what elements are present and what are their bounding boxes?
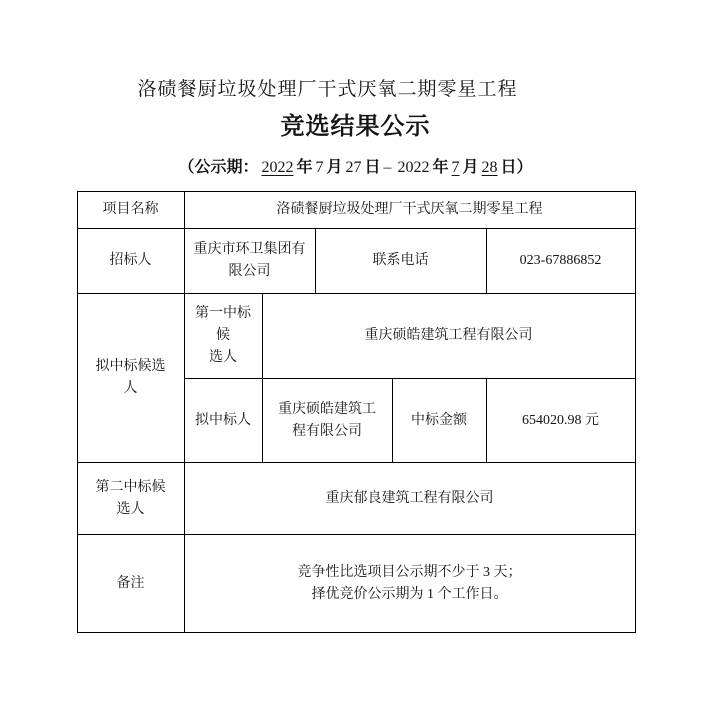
- notice-title: 竞选结果公示: [77, 112, 635, 143]
- cell-contact-label: 联系电话: [315, 229, 486, 294]
- period-segment: 年: [296, 159, 312, 176]
- period-segment: （公示期：: [178, 159, 258, 176]
- cell-project-name-label: 项目名称: [77, 192, 184, 229]
- period-segment: 日: [364, 159, 380, 176]
- period-segment: –: [384, 159, 392, 176]
- cell-proposed-winner: 重庆硕皓建筑工 程有限公司: [262, 379, 392, 463]
- period-segment: 2022: [261, 159, 293, 176]
- publicity-period: （公示期：2022年7月27日–2022年7月28日）: [77, 157, 635, 179]
- cell-tenderee: 重庆市环卫集团有 限公司: [184, 229, 315, 294]
- cell-second-candidate-label: 第二中标候 选人: [77, 463, 184, 535]
- cell-first-candidate: 重庆硕皓建筑工程有限公司: [262, 294, 635, 379]
- cell-award-amount: 654020.98 元: [486, 379, 635, 463]
- cell-first-candidate-label: 第一中标候 选人: [184, 294, 262, 379]
- table-row: 项目名称 洛碛餐厨垃圾处理厂干式厌氧二期零星工程: [77, 192, 635, 229]
- period-segment: 日: [501, 159, 517, 176]
- cell-contact-phone: 023-67886852: [486, 229, 635, 294]
- cell-second-candidate: 重庆郁良建筑工程有限公司: [184, 463, 635, 535]
- cell-proposed-winner-label: 拟中标人: [184, 379, 262, 463]
- cell-award-amount-label: 中标金额: [392, 379, 486, 463]
- table-row: 备注 竞争性比选项目公示期不少于 3 天； 择优竞价公示期为 1 个工作日。: [77, 535, 635, 633]
- cell-tenderee-label: 招标人: [77, 229, 184, 294]
- table-row: 拟中标候选 人 第一中标候 选人 重庆硕皓建筑工程有限公司: [77, 294, 635, 379]
- period-segment: 7: [315, 159, 323, 176]
- project-title: 洛碛餐厨垃圾处理厂干式厌氧二期零星工程: [49, 77, 607, 103]
- notice-document: 洛碛餐厨垃圾处理厂干式厌氧二期零星工程 竞选结果公示 （公示期：2022年7月2…: [77, 0, 635, 633]
- period-segment: 28: [482, 159, 498, 176]
- period-segment: 2022: [398, 159, 430, 176]
- period-segment: 月: [463, 159, 479, 176]
- table-row: 第二中标候 选人 重庆郁良建筑工程有限公司: [77, 463, 635, 535]
- cell-remarks: 竞争性比选项目公示期不少于 3 天； 择优竞价公示期为 1 个工作日。: [184, 535, 635, 633]
- table-row: 招标人 重庆市环卫集团有 限公司 联系电话 023-67886852: [77, 229, 635, 294]
- cell-remarks-label: 备注: [77, 535, 184, 633]
- cell-project-name: 洛碛餐厨垃圾处理厂干式厌氧二期零星工程: [184, 192, 635, 229]
- period-segment: 年: [433, 159, 449, 176]
- period-segment: 7: [452, 159, 460, 176]
- result-table: 项目名称 洛碛餐厨垃圾处理厂干式厌氧二期零星工程 招标人 重庆市环卫集团有 限公…: [77, 191, 636, 633]
- document-page: 洛碛餐厨垃圾处理厂干式厌氧二期零星工程 竞选结果公示 （公示期：2022年7月2…: [0, 0, 711, 709]
- period-segment: 月: [326, 159, 342, 176]
- cell-candidates-label: 拟中标候选 人: [77, 294, 184, 463]
- period-segment: 27: [345, 159, 361, 176]
- period-segment: ）: [517, 159, 533, 176]
